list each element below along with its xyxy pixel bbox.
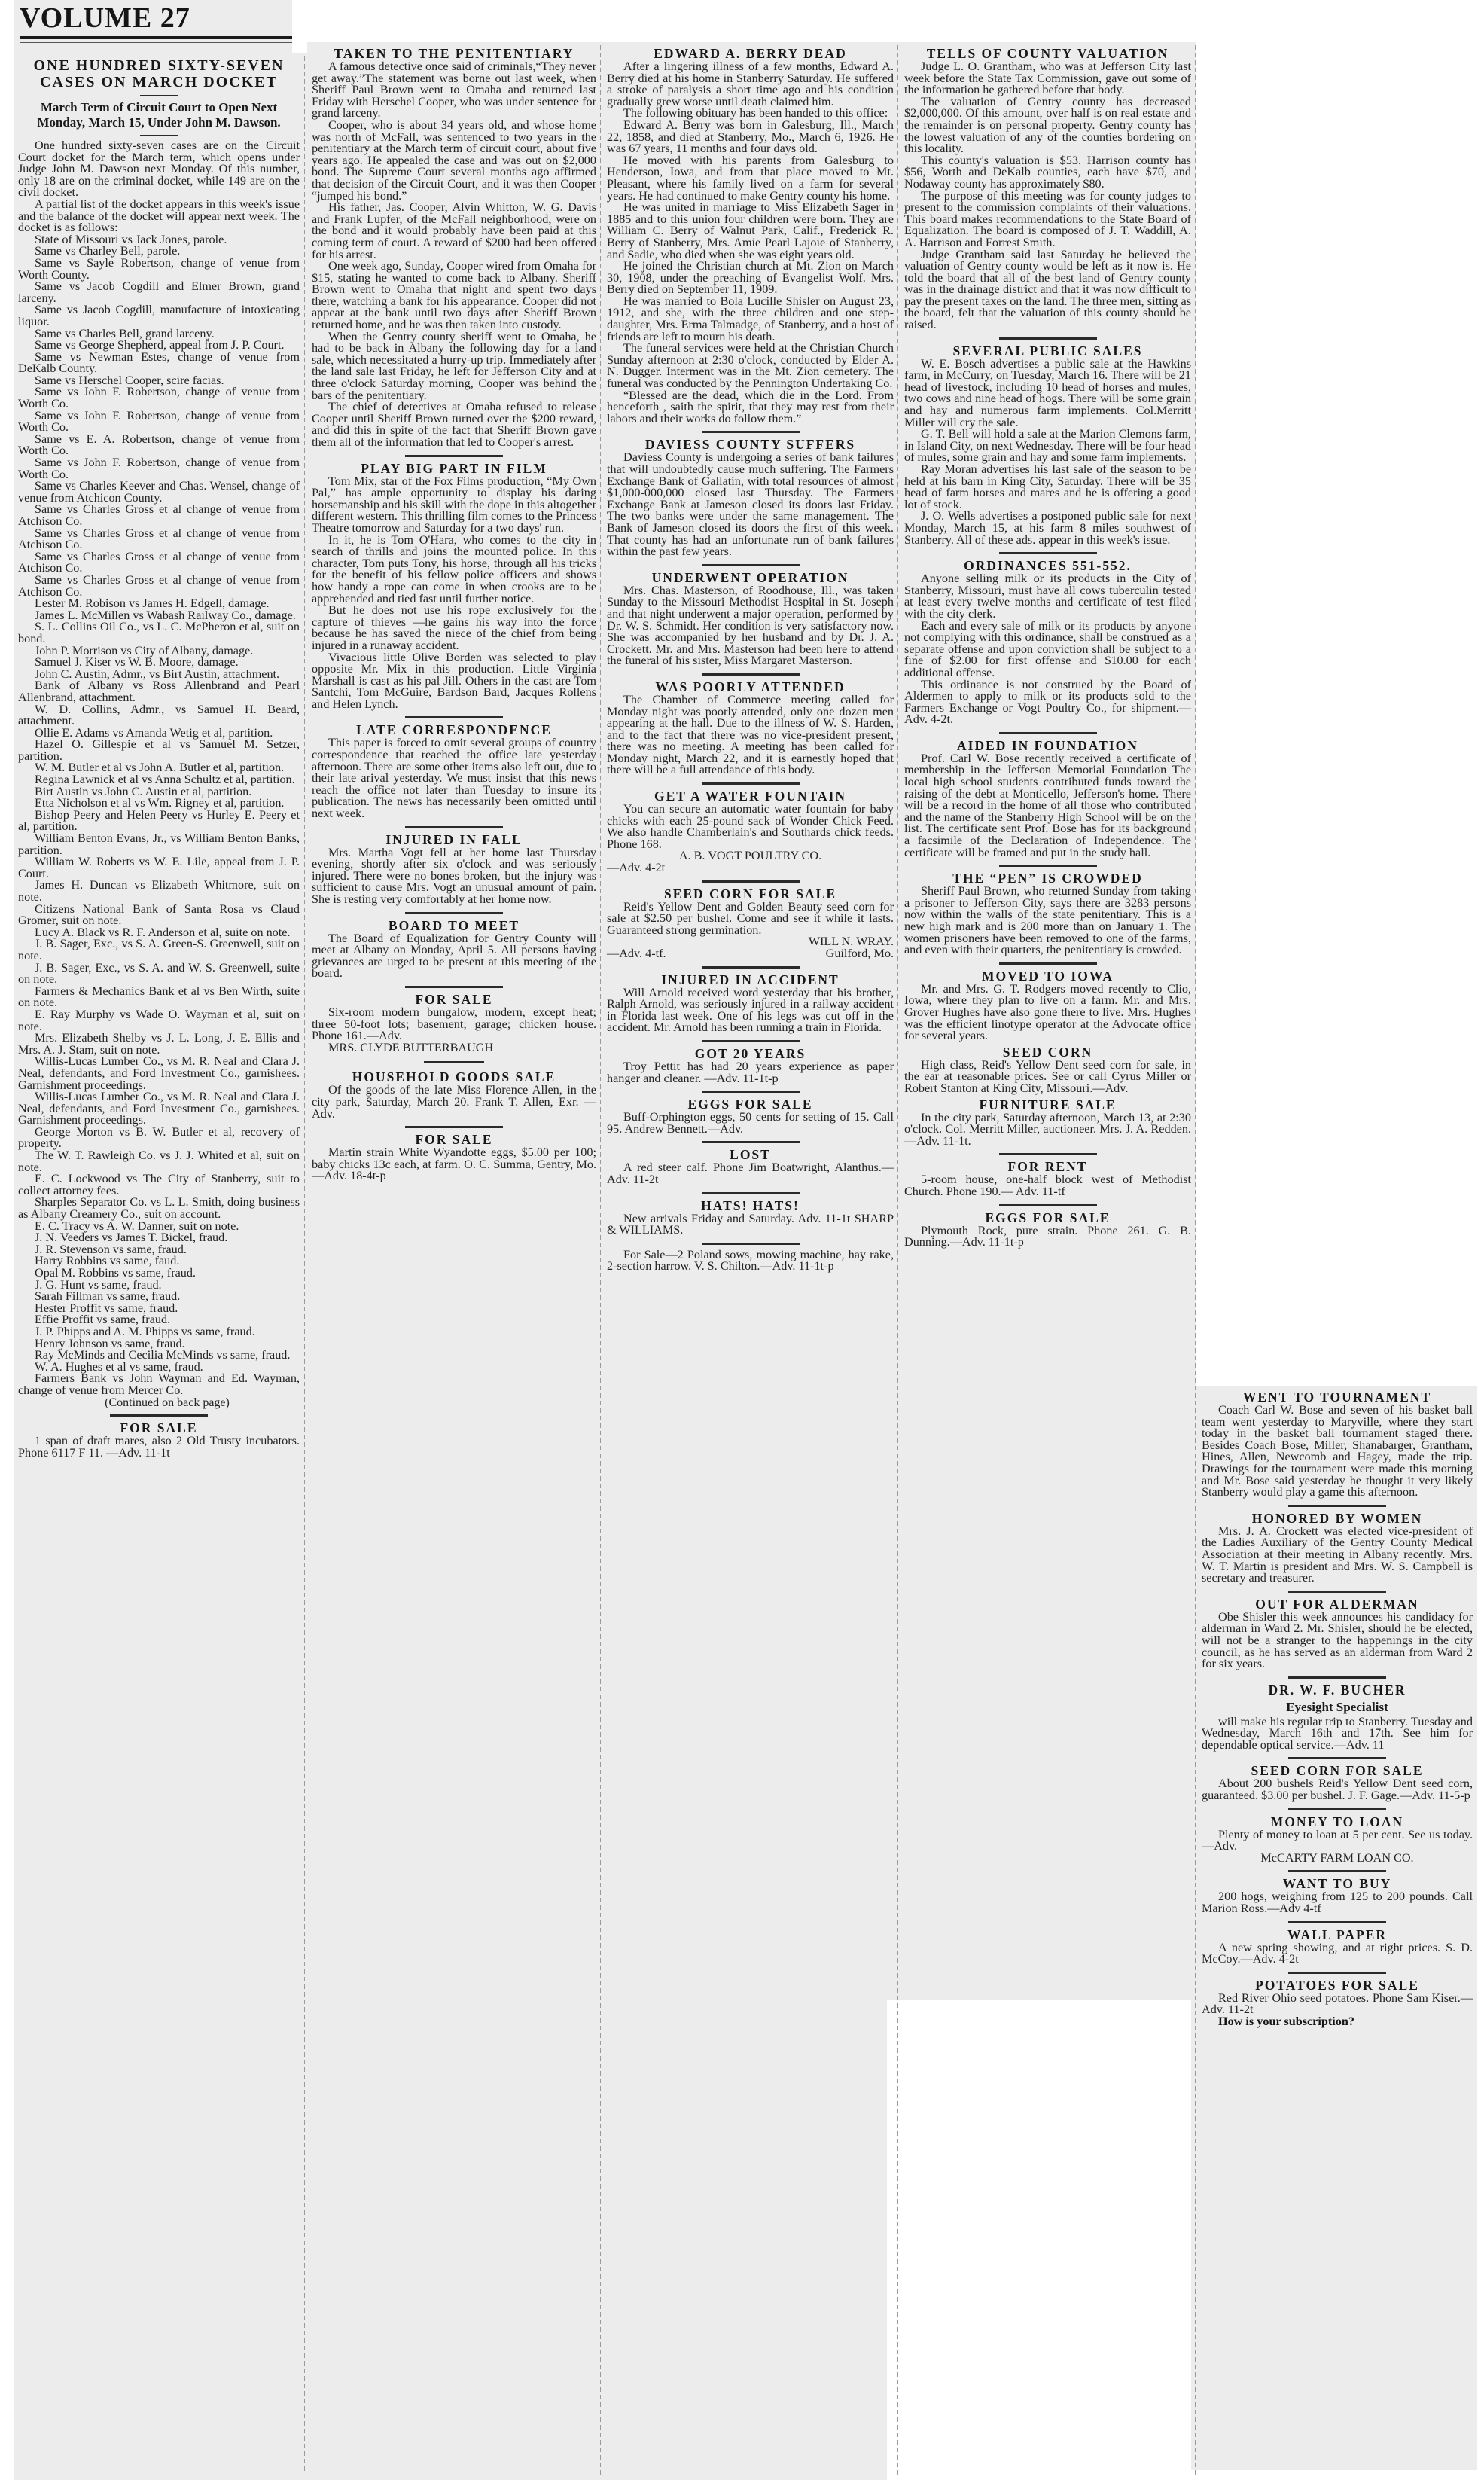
- docket-entry: James H. Duncan vs Elizabeth Whitmore, s…: [18, 880, 300, 903]
- docket-entry: Bishop Peery and Helen Peery vs Hurley E…: [18, 810, 300, 833]
- headline-seed-corn-3: SEED CORN FOR SALE: [1202, 1764, 1473, 1777]
- ad-text: Of the goods of the late Miss Florence A…: [312, 1084, 596, 1120]
- article-para: Daviess County is undergoing a series of…: [607, 452, 894, 557]
- subscription-note: How is your subscription?: [1202, 2016, 1473, 2028]
- ad-text: Martin strain White Wyandotte eggs, $5.0…: [312, 1147, 596, 1182]
- article-para: Coach Carl W. Bose and seven of his bask…: [1202, 1405, 1473, 1499]
- headline-operation: UNDERWENT OPERATION: [607, 571, 894, 584]
- subhead-docket: March Term of Circuit Court to Open Next…: [18, 100, 300, 130]
- article-para: One week ago, Sunday, Cooper wired from …: [312, 261, 596, 331]
- separator: [999, 732, 1097, 734]
- ad-for-sale-mares: 1 span of draft mares, also 2 Old Trusty…: [18, 1435, 300, 1459]
- article-para: But he does not use his rope exclusively…: [312, 605, 596, 651]
- docket-entry: Same vs Sayle Robertson, change of venue…: [18, 258, 300, 281]
- docket-list: State of Missouri vs Jack Jones, parole.…: [18, 234, 300, 1397]
- separator: [702, 1040, 800, 1042]
- article-para: This county's valuation is $53. Harrison…: [904, 155, 1191, 191]
- headline-seed-corn-2: SEED CORN: [904, 1045, 1191, 1059]
- docket-entry: S. L. Collins Oil Co., vs L. C. McPheron…: [18, 621, 300, 645]
- ad-text: About 200 bushels Reid's Yellow Dent see…: [1202, 1778, 1473, 1801]
- article-para: The Chamber of Commerce meeting called f…: [607, 694, 894, 776]
- separator: [702, 782, 800, 785]
- separator: [999, 865, 1097, 867]
- separator: [1288, 1870, 1386, 1872]
- docket-entry: Hazel O. Gillespie et al vs Samuel M. Se…: [18, 739, 300, 762]
- separator: [1288, 1921, 1386, 1923]
- article-para: Will Arnold received word yesterday that…: [607, 987, 894, 1034]
- docket-entry: George Morton vs B. W. Butler et al, rec…: [18, 1127, 300, 1150]
- ad-text: Six-room modern bungalow, modern, except…: [312, 1007, 596, 1042]
- article-para: Mr. and Mrs. G. T. Rodgers moved recentl…: [904, 984, 1191, 1042]
- ad-text: Buff-Orphington eggs, 50 cents for setti…: [607, 1112, 894, 1135]
- headline-household-goods: HOUSEHOLD GOODS SALE: [312, 1070, 596, 1084]
- article-para: The chief of detectives at Omaha refused…: [312, 401, 596, 448]
- article-para: Tom Mix, star of the Fox Films productio…: [312, 476, 596, 535]
- headline-berry: EDWARD A. BERRY DEAD: [607, 47, 894, 60]
- separator: [140, 135, 178, 136]
- article-para: Anyone selling milk or its products in t…: [904, 573, 1191, 620]
- masthead-rule: [20, 36, 292, 39]
- docket-entry: Farmers Bank vs John Wayman and Ed. Waym…: [18, 1373, 300, 1396]
- article-para: Judge Grantham said last Saturday he bel…: [904, 249, 1191, 331]
- headline-honored: HONORED BY WOMEN: [1202, 1511, 1473, 1525]
- article-para: The Board of Equalization for Gentry Cou…: [312, 933, 596, 980]
- docket-entry: Same vs Newman Estes, change of venue fr…: [18, 352, 300, 375]
- article-para: Vivacious little Olive Borden was select…: [312, 652, 596, 711]
- article-para: Obe Shisler this week announces his cand…: [1202, 1612, 1473, 1670]
- separator: [140, 95, 178, 96]
- headline-wall-paper: WALL PAPER: [1202, 1928, 1473, 1942]
- headline-poorly-attended: WAS POORLY ATTENDED: [607, 680, 894, 694]
- docket-entry: Same vs E. A. Robertson, change of venue…: [18, 434, 300, 457]
- headline-aided-foundation: AIDED IN FOUNDATION: [904, 739, 1191, 752]
- article-para: Judge L. O. Grantham, who was at Jeffers…: [904, 61, 1191, 96]
- separator: [110, 1414, 208, 1417]
- separator: [405, 455, 503, 457]
- headline-furniture-sale: FURNITURE SALE: [904, 1098, 1191, 1112]
- ad-text: Reid's Yellow Dent and Golden Beauty see…: [607, 901, 894, 937]
- column-tournament: WENT TO TOURNAMENT Coach Carl W. Bose an…: [1197, 1387, 1477, 2028]
- ad-text: 200 hogs, weighing from 125 to 200 pound…: [1202, 1891, 1473, 1914]
- headline-seed-corn: SEED CORN FOR SALE: [607, 887, 894, 901]
- ad-text: You can secure an automatic water founta…: [607, 804, 894, 850]
- ad-code: —Adv. 4-2t: [607, 862, 894, 874]
- article-para: Mrs. J. A. Crockett was elected vice-pre…: [1202, 1526, 1473, 1585]
- separator: [702, 966, 800, 969]
- headline-for-rent: FOR RENT: [904, 1160, 1191, 1173]
- subhead-eyesight: Eyesight Specialist: [1202, 1700, 1473, 1715]
- separator: [405, 986, 503, 988]
- article-para: He moved with his parents from Galesburg…: [607, 155, 894, 202]
- article-para: Mrs. Chas. Masterson, of Roodhouse, Ill.…: [607, 585, 894, 667]
- headline-valuation: TELLS OF COUNTY VALUATION: [904, 47, 1191, 60]
- ad-text: will make his regular trip to Stanberry.…: [1202, 1716, 1473, 1752]
- article-para: His father, Jas. Cooper, Alvin Whitton, …: [312, 202, 596, 261]
- headline-got-20-years: GOT 20 YEARS: [607, 1047, 894, 1060]
- separator: [999, 1153, 1097, 1155]
- separator: [405, 826, 503, 828]
- separator: [1288, 1591, 1386, 1593]
- article-para: A famous detective once said of criminal…: [312, 61, 596, 120]
- article-para: He joined the Christian church at Mt. Zi…: [607, 261, 894, 296]
- separator: [1288, 1757, 1386, 1759]
- separator: [1288, 1505, 1386, 1507]
- headline-penitentiary: TAKEN TO THE PENITENTIARY: [312, 47, 596, 60]
- ad-text: 5-room house, one-half block west of Met…: [904, 1174, 1191, 1197]
- headline-film: PLAY BIG PART IN FILM: [312, 462, 596, 475]
- ad-text: In the city park, Saturday afternoon, Ma…: [904, 1112, 1191, 1148]
- ad-text: Troy Pettit has had 20 years experience …: [607, 1061, 894, 1084]
- article-para: Sheriff Paul Brown, who returned Sunday …: [904, 886, 1191, 956]
- docket-entry: W. D. Collins, Admr., vs Samuel H. Beard…: [18, 704, 300, 728]
- separator: [702, 1243, 800, 1245]
- column-valuation: TELLS OF COUNTY VALUATION Judge L. O. Gr…: [900, 44, 1196, 1249]
- docket-entry: William W. Roberts vs W. E. Lile, appeal…: [18, 856, 300, 880]
- ad-text: Plymouth Rock, pure strain. Phone 261. G…: [904, 1225, 1191, 1249]
- article-para: After a lingering illness of a few month…: [607, 61, 894, 108]
- separator: [1288, 1972, 1386, 1974]
- article-para: In it, he is Tom O'Hara, who comes to th…: [312, 535, 596, 606]
- ad-text: For Sale—2 Poland sows, mowing machine, …: [607, 1249, 894, 1273]
- article-para: This ordinance is not construed by the B…: [904, 679, 1191, 726]
- masthead-rule-thin: [20, 42, 292, 43]
- docket-entry: Same vs Charles Gross et al change of ve…: [18, 504, 300, 527]
- separator: [405, 1126, 503, 1128]
- headline-water-fountain: GET A WATER FOUNTAIN: [607, 789, 894, 803]
- docket-para: One hundred sixty-seven cases are on the…: [18, 140, 300, 199]
- headline-injured-in-fall: INJURED IN FALL: [312, 833, 596, 846]
- headline-eggs-for-sale: EGGS FOR SALE: [607, 1097, 894, 1111]
- ad-text: High class, Reid's Yellow Dent seed corn…: [904, 1060, 1191, 1095]
- separator: [424, 1061, 484, 1063]
- headline-moved-iowa: MOVED TO IOWA: [904, 969, 1191, 983]
- headline-pen-crowded: THE “PEN” IS CROWDED: [904, 871, 1191, 885]
- docket-entry: Same vs John F. Robertson, change of ven…: [18, 457, 300, 480]
- article-para: This paper is forced to omit several gro…: [312, 737, 596, 819]
- article-para: W. E. Bosch advertises a public sale at …: [904, 358, 1191, 429]
- continued-note: (Continued on back page): [18, 1397, 300, 1409]
- headline-daviess: DAVIESS COUNTY SUFFERS: [607, 438, 894, 451]
- article-para: When the Gentry county sheriff went to O…: [312, 331, 596, 402]
- docket-entry: Same vs Charles Keever and Chas. Wensel,…: [18, 480, 300, 504]
- separator: [1288, 1808, 1386, 1810]
- separator: [405, 912, 503, 914]
- column-penitentiary: TAKEN TO THE PENITENTIARY A famous detec…: [307, 44, 601, 1182]
- docket-entry: Same vs Charles Gross et al change of ve…: [18, 551, 300, 575]
- headline-dr-bucher: DR. W. F. BUCHER: [1202, 1683, 1473, 1697]
- headline-lost: LOST: [607, 1148, 894, 1161]
- docket-entry: Same vs Jacob Cogdill, manufacture of in…: [18, 304, 300, 328]
- docket-entry: E. Ray Murphy vs Wade O. Wayman et al, s…: [18, 1009, 300, 1033]
- article-para: Mrs. Martha Vogt fell at her home last T…: [312, 847, 596, 906]
- column-docket: ONE HUNDRED SIXTY-SEVEN CASES ON MARCH D…: [14, 54, 304, 1459]
- docket-entry: Bank of Albany vs Ross Allenbrand and Pe…: [18, 680, 300, 703]
- headline-tournament: WENT TO TOURNAMENT: [1202, 1390, 1473, 1404]
- separator: [702, 880, 800, 883]
- docket-entry: J. B. Sager, Exc., vs S. A. and W. S. Gr…: [18, 962, 300, 986]
- masthead: VOLUME 27: [14, 0, 292, 53]
- ad-text: New arrivals Friday and Saturday. Adv. 1…: [607, 1213, 894, 1237]
- article-para: The purpose of this meeting was for coun…: [904, 191, 1191, 249]
- headline-hats: HATS! HATS!: [607, 1199, 894, 1213]
- docket-entry: Same vs John F. Robertson, change of ven…: [18, 386, 300, 410]
- docket-entry: Same vs Charles Gross et al change of ve…: [18, 575, 300, 598]
- docket-entry: Mrs. Elizabeth Shelby vs J. L. Long, J. …: [18, 1033, 300, 1056]
- article-para: “Blessed are the dead, which die in the …: [607, 390, 894, 426]
- docket-entry: Same vs Jacob Cogdill and Elmer Brown, g…: [18, 281, 300, 304]
- article-para: Edward A. Berry was born in Galesburg, I…: [607, 120, 894, 155]
- article-para: J. O. Wells advertises a postponed publi…: [904, 511, 1191, 546]
- ad-text: Plenty of money to loan at 5 per cent. S…: [1202, 1829, 1473, 1853]
- separator: [702, 1141, 800, 1143]
- article-para: Each and every sale of milk or its produ…: [904, 621, 1191, 679]
- article-para: The valuation of Gentry county has decre…: [904, 96, 1191, 155]
- docket-entry: Same vs Charles Gross et al change of ve…: [18, 528, 300, 551]
- docket-entry: E. C. Lockwood vs The City of Stanberry,…: [18, 1173, 300, 1197]
- ad-text: A new spring showing, and at right price…: [1202, 1942, 1473, 1966]
- docket-entry: Farmers & Mechanics Bank et al vs Ben Wi…: [18, 986, 300, 1009]
- ad-code: —Adv. 4-tf.: [607, 948, 666, 960]
- separator: [702, 1091, 800, 1093]
- docket-entry: The W. T. Rawleigh Co. vs J. J. Whited e…: [18, 1150, 300, 1173]
- docket-entry: Same vs John F. Robertson, change of ven…: [18, 410, 300, 434]
- docket-entry: Sharples Separator Co. vs L. L. Smith, d…: [18, 1197, 300, 1220]
- article-para: G. T. Bell will hold a sale at the Mario…: [904, 429, 1191, 464]
- headline-potatoes: POTATOES FOR SALE: [1202, 1978, 1473, 1992]
- headline-for-sale-bungalow: FOR SALE: [312, 993, 596, 1006]
- separator: [1288, 1676, 1386, 1679]
- headline-for-sale-mares: FOR SALE: [18, 1421, 300, 1435]
- separator: [999, 337, 1097, 340]
- separator: [405, 716, 503, 718]
- ad-place: Guilford, Mo.: [826, 948, 894, 960]
- separator: [702, 673, 800, 676]
- headline-public-sales: SEVERAL PUBLIC SALES: [904, 344, 1191, 358]
- headline-for-sale-eggs: FOR SALE: [312, 1133, 596, 1146]
- headline-board-to-meet: BOARD TO MEET: [312, 919, 596, 932]
- separator: [999, 962, 1097, 965]
- headline-injured-accident: INJURED IN ACCIDENT: [607, 973, 894, 987]
- separator: [702, 1192, 800, 1194]
- ad-footer: —Adv. 4-tf. Guilford, Mo.: [607, 948, 894, 960]
- docket-entry: J. B. Sager, Exc., vs S. A. Green-S. Gre…: [18, 938, 300, 962]
- separator: [999, 1204, 1097, 1206]
- article-para: He was married to Bola Lucille Shisler o…: [607, 296, 894, 343]
- headline-alderman: OUT FOR ALDERMAN: [1202, 1597, 1473, 1611]
- article-para: He was united in marriage to Miss Elizab…: [607, 202, 894, 261]
- article-para: Prof. Carl W. Bose recently received a c…: [904, 753, 1191, 859]
- separator: [702, 564, 800, 566]
- headline-money-to-loan: MONEY TO LOAN: [1202, 1815, 1473, 1829]
- docket-entry: Willis-Lucas Lumber Co., vs M. R. Neal a…: [18, 1056, 300, 1091]
- headline-want-to-buy: WANT TO BUY: [1202, 1877, 1473, 1890]
- article-para: Ray Moran advertises his last sale of th…: [904, 464, 1191, 511]
- separator: [999, 552, 1097, 554]
- docket-para: A partial list of the docket appears in …: [18, 199, 300, 234]
- headline-ordinances: ORDINANCES 551-552.: [904, 559, 1191, 572]
- headline-late-correspondence: LATE CORRESPONDENCE: [312, 723, 596, 737]
- headline-eggs-for-sale-2: EGGS FOR SALE: [904, 1211, 1191, 1225]
- ad-text: A red steer calf. Phone Jim Boatwright, …: [607, 1162, 894, 1185]
- headline-docket: ONE HUNDRED SIXTY-SEVEN CASES ON MARCH D…: [18, 57, 300, 90]
- separator: [702, 431, 800, 433]
- ad-text: Red River Ohio seed potatoes. Phone Sam …: [1202, 1993, 1473, 2016]
- article-para: Cooper, who is about 34 years old, and w…: [312, 120, 596, 202]
- column-divider: [304, 56, 305, 2474]
- docket-entry: Willis-Lucas Lumber Co., vs M. R. Neal a…: [18, 1091, 300, 1127]
- column-berry: EDWARD A. BERRY DEAD After a lingering i…: [602, 44, 898, 1273]
- ad-signature: MRS. CLYDE BUTTERBAUGH: [312, 1042, 596, 1054]
- docket-entry: William Benton Evans, Jr., vs William Be…: [18, 833, 300, 856]
- docket-entry: Citizens National Bank of Santa Rosa vs …: [18, 904, 300, 927]
- article-para: The funeral services were held at the Ch…: [607, 343, 894, 389]
- volume-label: VOLUME 27: [20, 2, 190, 35]
- ad-signature: McCARTY FARM LOAN CO.: [1202, 1853, 1473, 1865]
